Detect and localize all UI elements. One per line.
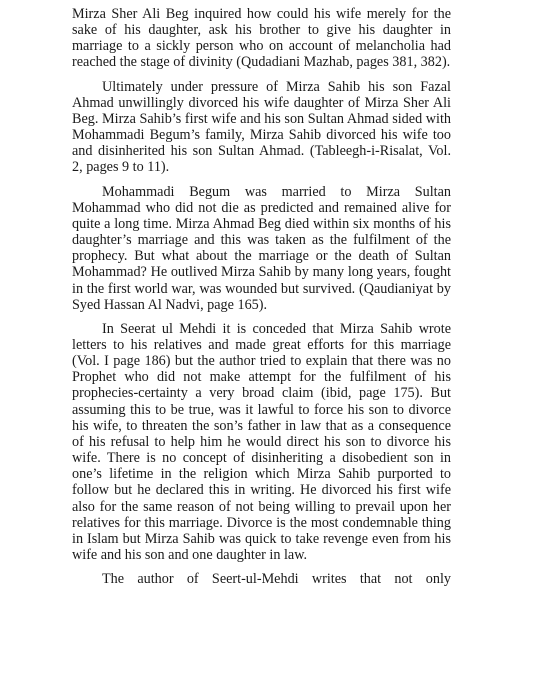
paragraph-4: In Seerat ul Mehdi it is conceded that M… [72, 321, 451, 563]
paragraph-1: Mirza Sher Ali Beg inquired how could hi… [72, 6, 451, 71]
paragraph-2: Ultimately under pressure of Mirza Sahib… [72, 79, 451, 176]
paragraph-5: The author of Seert-ul-Mehdi writes that… [72, 571, 451, 587]
paragraph-3: Mohammadi Begum was married to Mirza Sul… [72, 184, 451, 313]
document-page: Mirza Sher Ali Beg inquired how could hi… [72, 6, 451, 595]
